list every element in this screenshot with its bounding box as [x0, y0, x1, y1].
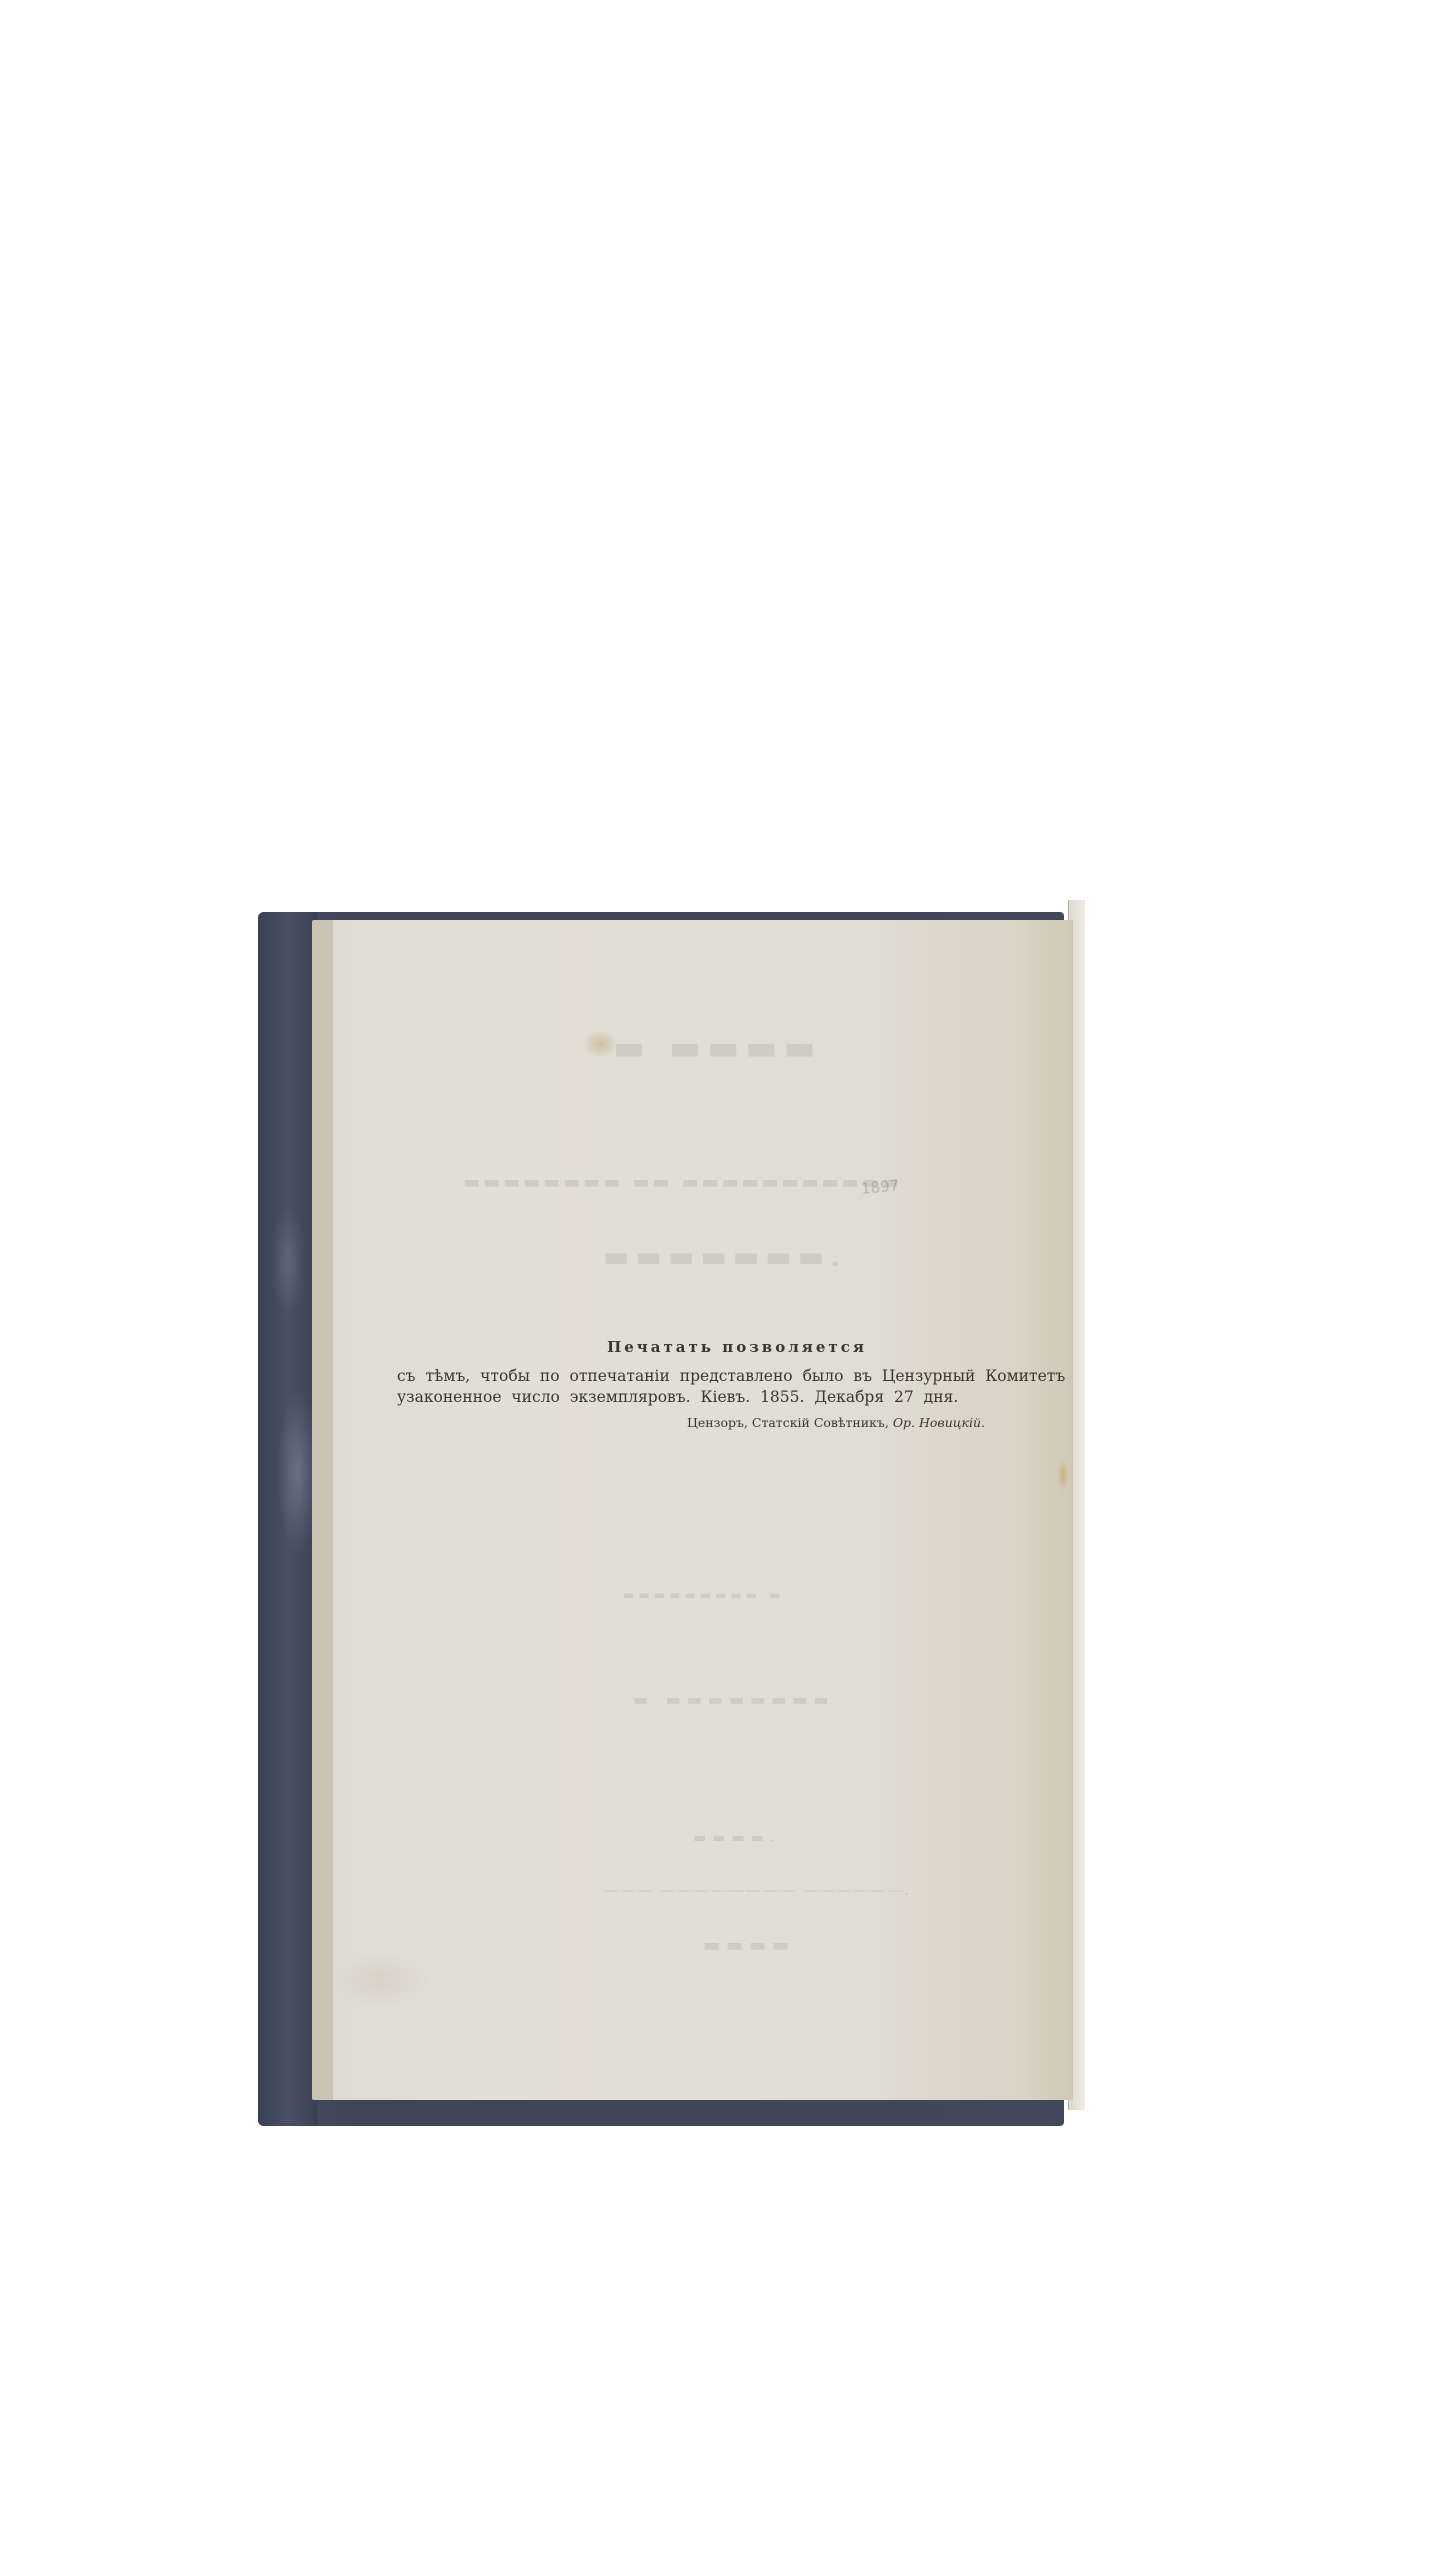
bleed-through-text: ▬ ▬▬▬▬	[613, 1028, 821, 1068]
book-photo: ▬ ▬▬▬▬ ▬▬▬▬▬▬▬▬ ▬▬ ▬▬▬▬▬▬▬▬▬▬▬ ▬▬▬▬▬▬▬. …	[0, 0, 1440, 2560]
censor-name: Ор. Новицкiй.	[893, 1415, 985, 1430]
censorship-imprint: Печатать позволяется съ тѣмъ, чтобы по о…	[397, 1338, 1057, 1430]
bleed-through-text: ▬▬▬▬▬▬▬▬ ▬▬ ▬▬▬▬▬▬▬▬▬▬▬	[463, 1172, 902, 1193]
imprint-line: съ тѣмъ, чтобы по отпечатанiи представле…	[397, 1366, 1057, 1387]
handwritten-note: 1897	[860, 1176, 900, 1198]
bleed-through-text: ▬ ▬▬▬▬▬▬▬▬	[633, 1690, 835, 1709]
imprint-line: узаконенное число экземпляровъ. Кiевъ. 1…	[397, 1387, 1057, 1408]
title-page: ▬ ▬▬▬▬ ▬▬▬▬▬▬▬▬ ▬▬ ▬▬▬▬▬▬▬▬▬▬▬ ▬▬▬▬▬▬▬. …	[332, 920, 1073, 2100]
imprint-title: Печатать позволяется	[417, 1338, 1057, 1356]
bleed-through-text: ▬▬▬▬▬▬▬.	[603, 1240, 846, 1273]
bleed-through-text: ▬▬▬▬	[703, 1935, 795, 1956]
censor-signature: Цензоръ, Статскiй Совѣтникъ, Ор. Новицкi…	[687, 1415, 1057, 1430]
bleed-through-text: ▬▬▬▬.	[693, 1830, 781, 1846]
foxing-stain	[1058, 1460, 1068, 1490]
bleed-through-text: ▬▬▬▬▬▬▬▬▬ ▬	[623, 1588, 785, 1602]
book-spine	[258, 912, 318, 2126]
censor-title: Цензоръ, Статскiй Совѣтникъ,	[687, 1415, 889, 1430]
bleed-through-text: ——— ———————— ——————.	[603, 1880, 910, 1899]
